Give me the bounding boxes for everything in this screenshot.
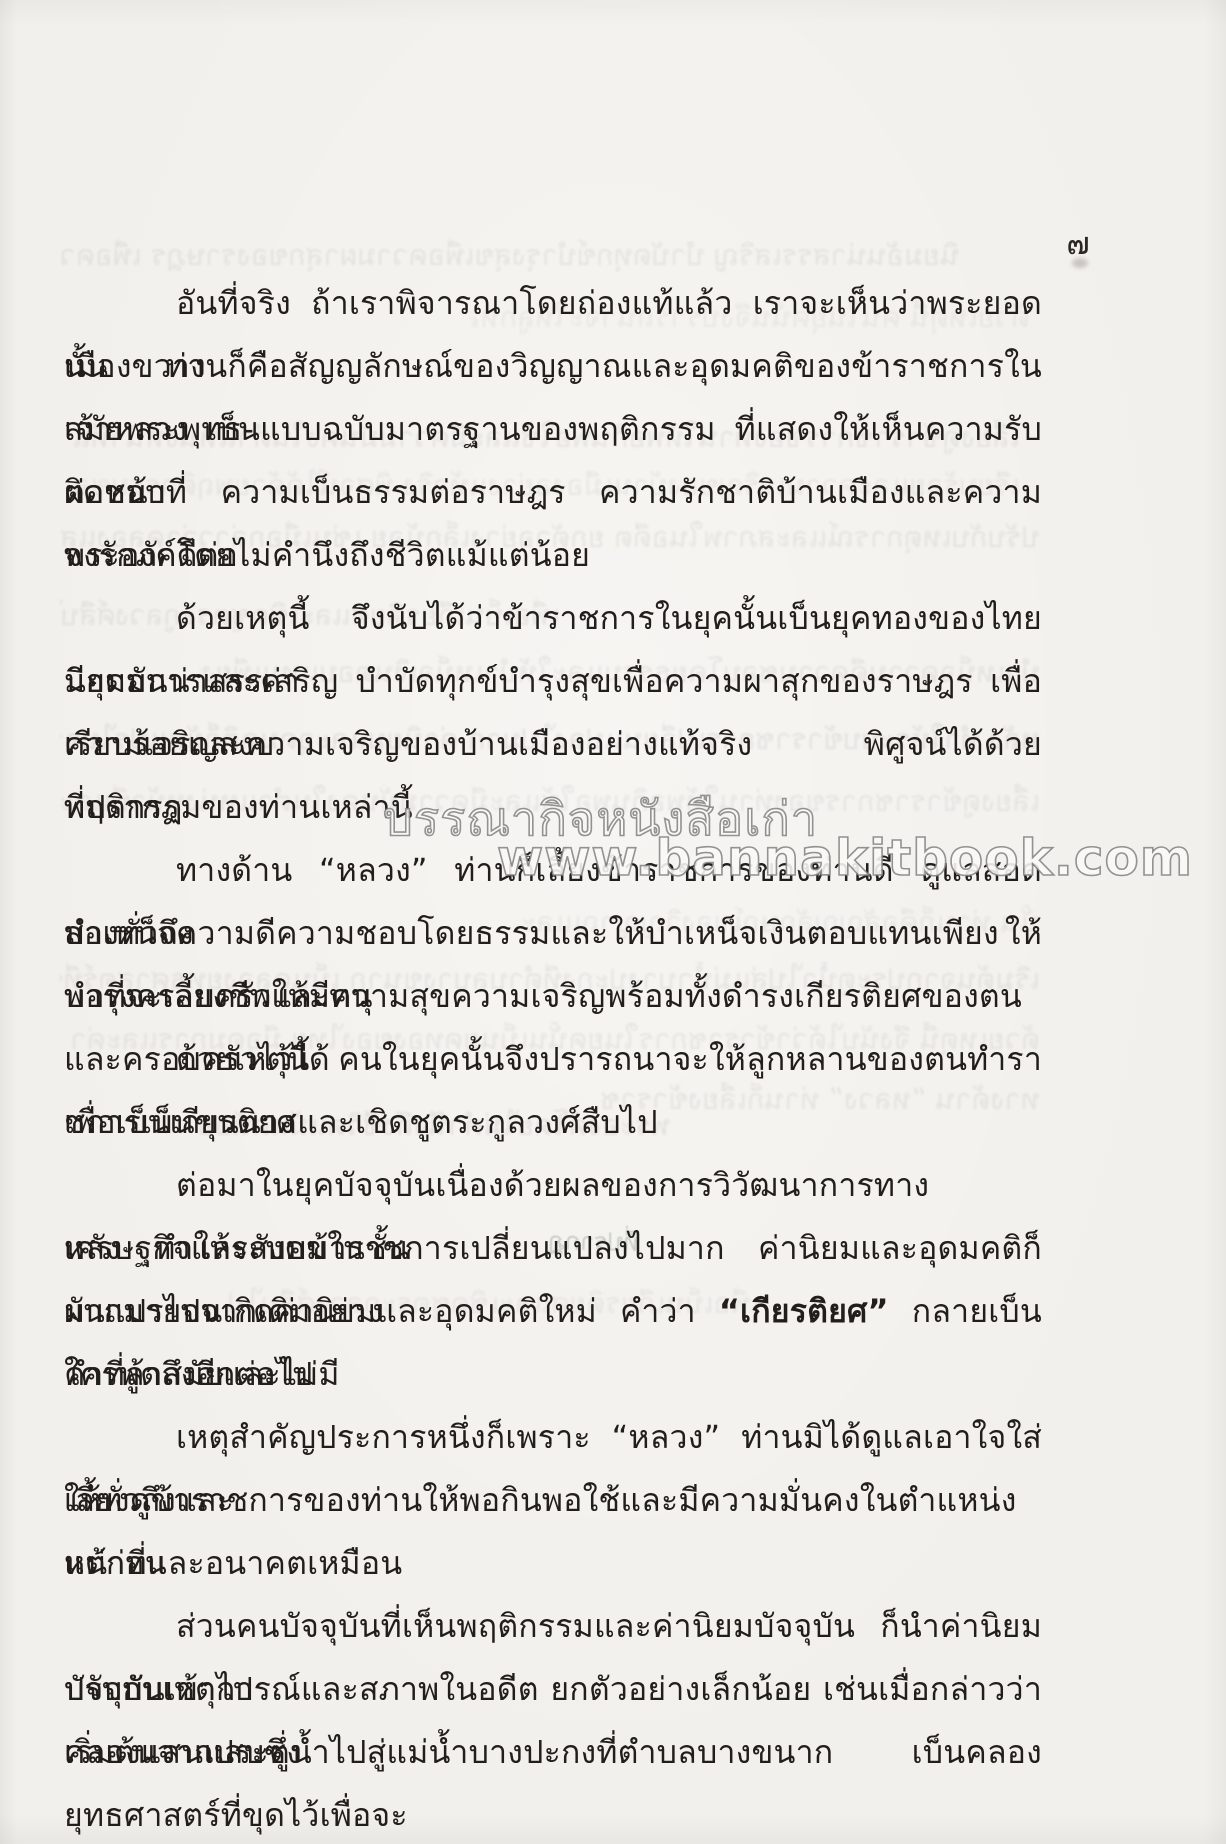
text-line: ด้วยเหตุนี้ จึงนับได้ว่าข้าราชการในยุคนั… (64, 587, 1042, 650)
text-line: ปรับกับเหตุการณ์และสภาพในอดีต ยกตัวอย่าง… (64, 1658, 1042, 1721)
text-line: ด้วยเหตุนี้ คนในยุคนั้นจึงปรารถนาจะให้ลู… (64, 1028, 1042, 1091)
text-line: เหตุสำคัญประการหนึ่งก็เพราะ “หลวง” ท่านม… (64, 1406, 1042, 1469)
text-line: เจ้าหลวง เบ็นแบบฉบับมาตรฐานของพฤติกรรม ท… (64, 398, 1042, 461)
text-line: เลี้ยงดูข้าราชการของท่านให้พอกินพอใช้และ… (64, 1469, 1042, 1532)
text-line: ส่วนคนบัจจุบันที่เห็นพฤติกรรมและค่านิยมบ… (64, 1595, 1042, 1658)
text-line: นิยมอันน่าสรรเสริญ บำบัดทุกข์บำรุงสุขเพื… (64, 650, 1042, 713)
book-page: นิยมอันน่าสรรเสริญ บำบัดทุกข์บำรุงสุขเพื… (0, 0, 1226, 1844)
text-line: ทางด้าน “หลวง” ท่านก็เลี้ยงข้าราชการของท… (64, 839, 1042, 902)
body-text: อันที่จริง ถ้าเราพิจารณาโดยถ่องแท้แล้ว เ… (64, 272, 1042, 1784)
text-line: บำรุงครอบครัวให้มีความสุขความเจริญพร้อมท… (64, 965, 1042, 1028)
text-line: เริ่มต้นจากประตูน้ำไปสู่แม่น้ำบางปะกงที่… (64, 1721, 1042, 1784)
text-line: หลัง ทำให้ระบบข้าราชการเปลี่ยนแปลงไปมาก … (64, 1217, 1042, 1280)
emphasized-word: “เกียรติยศ” (719, 1292, 889, 1330)
page-number: ๗ (1048, 218, 1108, 268)
text-line: มากมายจนเกิดค่านิยมและอุดมคติใหม่ คำว่า … (64, 1280, 1042, 1343)
text-line: พระองค์โดยไม่คำนึงถึงชีวิตแม้แต่น้อย (64, 524, 1042, 587)
bleed-through-text: นิยมอันน่าสรรเสริญ บำบัดทุกข์บำรุงสุขเพื… (60, 238, 960, 272)
text-segment: มากมายจนเกิดค่านิยมและอุดมคติใหม่ คำว่า (64, 1292, 719, 1330)
text-line: ต่อมาในยุคบัจจุบันเนื่องด้วยผลของการวิวั… (64, 1154, 1042, 1217)
text-line: อันที่จริง ถ้าเราพิจารณาโดยถ่องแท้แล้ว เ… (64, 272, 1042, 335)
text-line: เพื่อเบ็นเกียรติยศและเชิดชูตระกูลวงศ์สืบ… (64, 1091, 1042, 1154)
text-line: ใครพูดถึงอีกต่อไป (64, 1343, 1042, 1406)
text-line: นั้น ท่านก็คือสัญญลักษณ์ของวิญญาณและอุดม… (64, 335, 1042, 398)
text-line: ต่อหน้าที่ ความเบ็นธรรมต่อราษฎร ความรักช… (64, 461, 1042, 524)
text-line: เรียบร้อยและความเจริญของบ้านเมืองอย่างแท… (64, 713, 1042, 776)
text-line: บำเหน็จความดีความชอบโดยธรรมและให้บำเหน็จ… (64, 902, 1042, 965)
